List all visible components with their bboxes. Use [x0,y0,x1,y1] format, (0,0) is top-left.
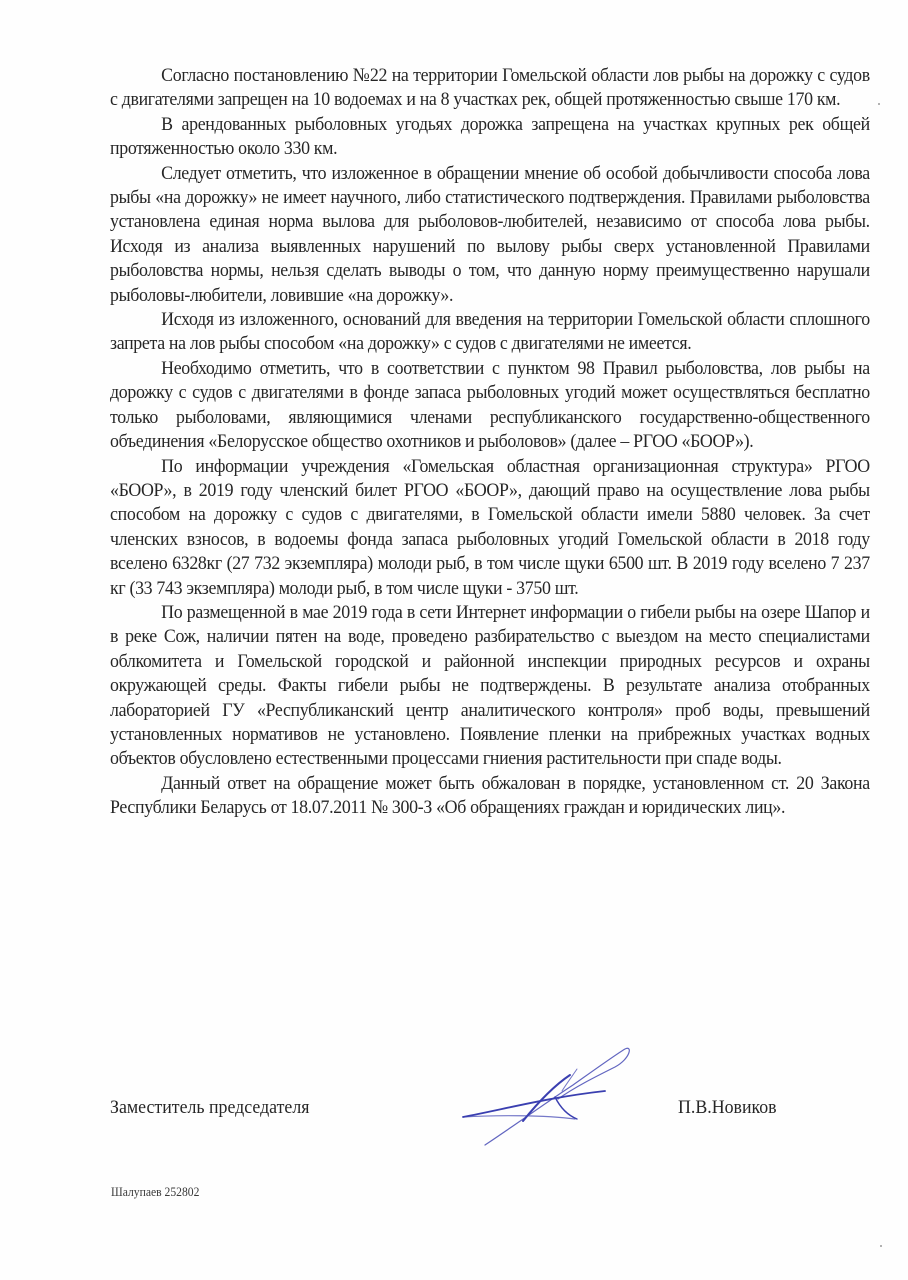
paragraph-leased-grounds: В арендованных рыболовных угодьях дорожк… [110,113,870,162]
letter-body: Согласно постановлению №22 на территории… [110,64,817,821]
paragraph-rule-98: Необходимо отметить, что в соответствии … [110,357,870,455]
signatory-title: Заместитель председателя [110,1097,309,1119]
executor-note: Шалупаев 252802 [111,1185,199,1200]
scan-speck [878,103,880,105]
signature-block: Заместитель председателя П.В.Новиков [110,1097,870,1127]
paragraph-no-grounds-for-ban: Исходя из изложенного, оснований для вве… [110,308,870,357]
paragraph-catch-efficiency: Следует отметить, что изложенное в обращ… [110,162,870,308]
signatory-name: П.В.Новиков [678,1097,777,1119]
paragraph-appeal-notice: Данный ответ на обращение может быть обж… [110,772,870,821]
document-page: Согласно постановлению №22 на территории… [0,0,908,1280]
scan-speck [880,1245,882,1247]
paragraph-restriction-areas: Согласно постановлению №22 на территории… [110,64,870,113]
paragraph-fish-death-investigation: По размещенной в мае 2019 года в сети Ин… [110,601,870,772]
paragraph-boor-statistics: По информации учреждения «Гомельская обл… [110,455,870,601]
